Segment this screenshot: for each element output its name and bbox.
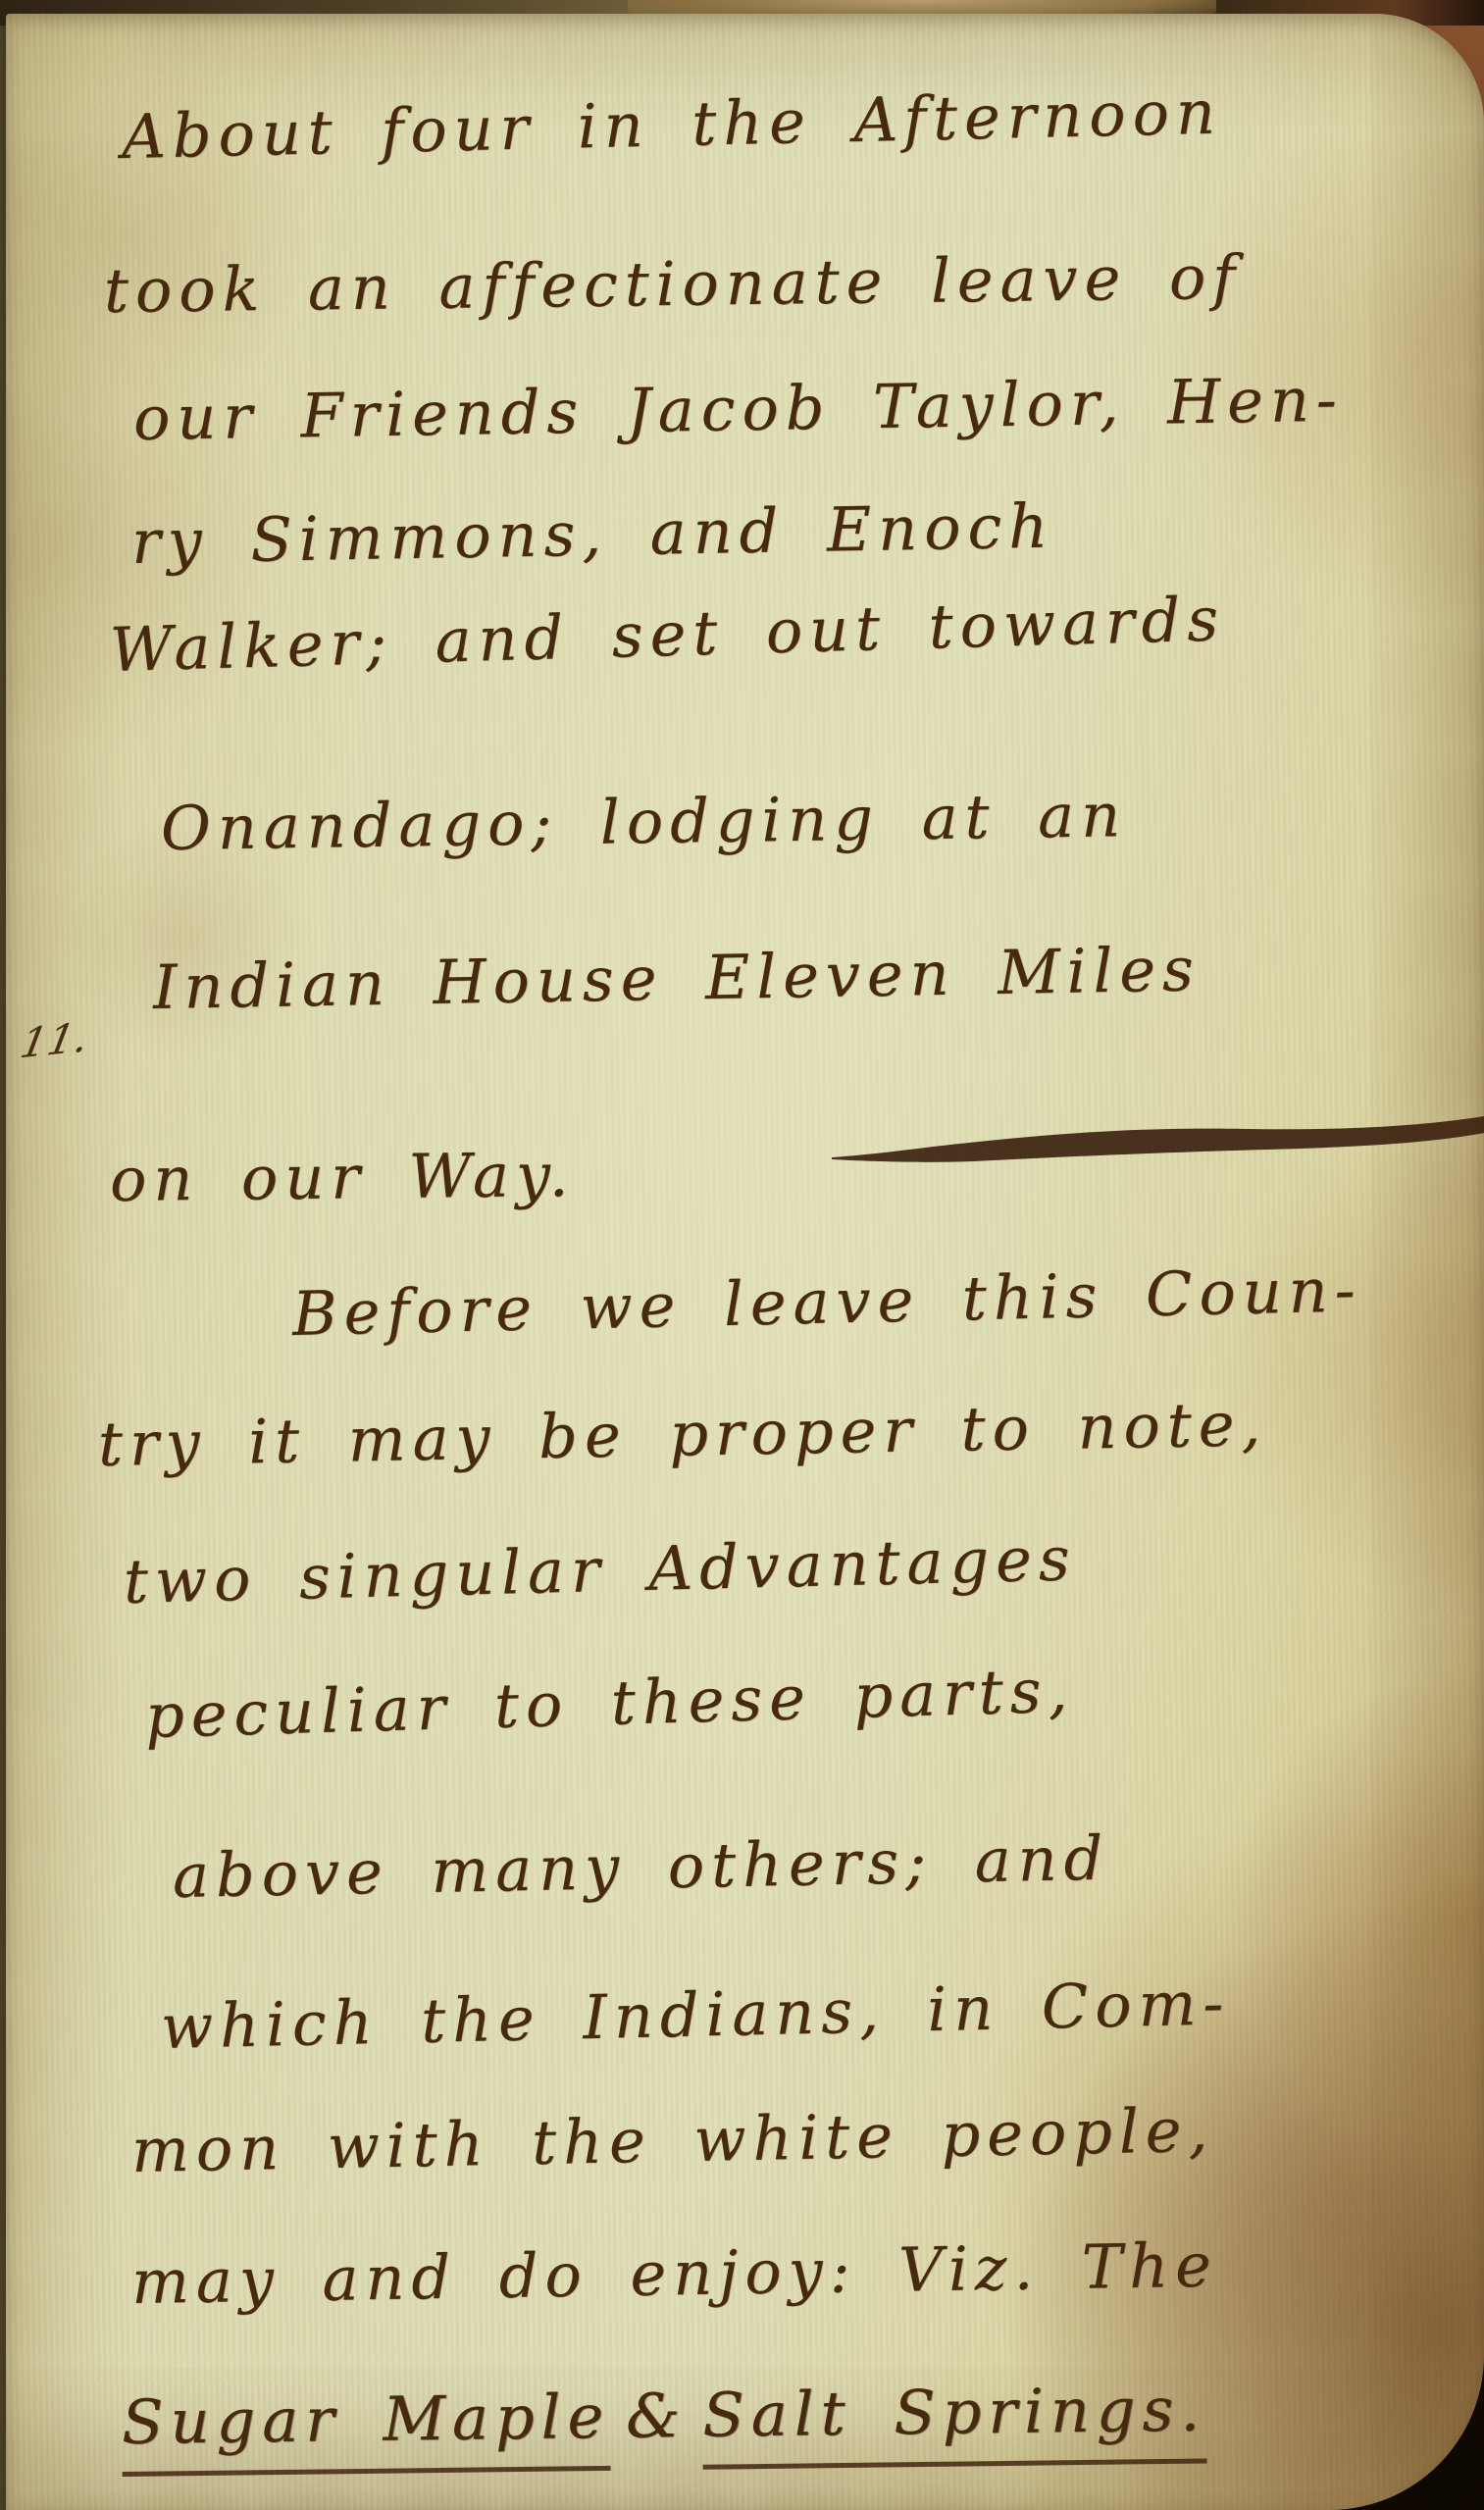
manuscript-line: which the Indians, in Com-	[160, 1972, 1231, 2058]
ink-smear	[832, 1095, 1484, 1181]
manuscript-line: above many others; and	[172, 1828, 1109, 1907]
underlined-phrase: Sugar Maple	[122, 2381, 611, 2477]
manuscript-line: ry Simmons, and Enoch	[130, 496, 1054, 573]
manuscript-line: try it may be proper to note,	[97, 1394, 1267, 1475]
manuscript-line-final: Sugar Maple&Salt Springs.	[122, 2379, 1207, 2453]
manuscript-line: Walker; and set out towards	[109, 589, 1226, 681]
manuscript-line: our Friends Jacob Taylor, Hen-	[133, 370, 1345, 449]
manuscript-line: two singular Advantages	[123, 1528, 1077, 1613]
manuscript-line: took an affectionate leave of	[104, 247, 1243, 322]
manuscript-line: peculiar to these parts,	[144, 1661, 1075, 1747]
manuscript-photo: 11. About four in the Afternoon took an …	[0, 0, 1484, 2510]
journal-page: 11. About four in the Afternoon took an …	[6, 14, 1484, 2510]
manuscript-line: Indian House Eleven Miles	[152, 939, 1201, 1018]
ampersand: &	[610, 2380, 703, 2452]
manuscript-line: About four in the Afternoon	[121, 82, 1222, 168]
manuscript-line: may and do enjoy: Viz. The	[131, 2235, 1219, 2313]
underlined-phrase: Salt Springs.	[702, 2373, 1207, 2469]
manuscript-line: mon with the white people,	[130, 2100, 1214, 2181]
manuscript-line: Before we leave this Coun-	[291, 1259, 1362, 1345]
manuscript-line: Onandago; lodging at an	[161, 785, 1128, 859]
margin-note: 11.	[17, 1013, 92, 1068]
manuscript-line: on our Way.	[110, 1145, 576, 1210]
